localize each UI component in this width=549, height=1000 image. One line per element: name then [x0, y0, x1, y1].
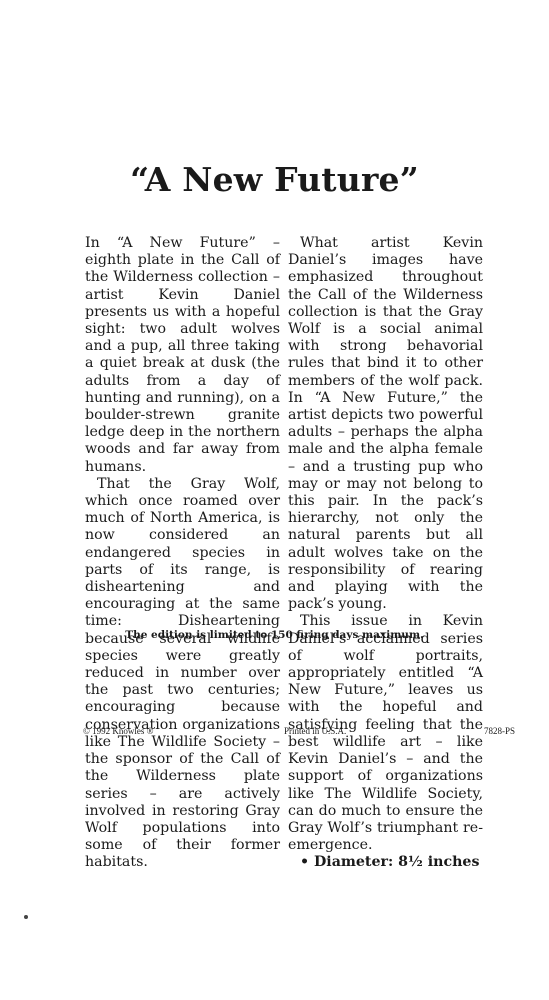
left-column: In “A New Future” – eighth plate in the …	[85, 235, 280, 872]
printed-text: Printed in U.S.A.	[284, 726, 346, 736]
paragraph: That the Gray Wolf, which once roamed ov…	[85, 476, 280, 872]
page-title: “A New Future”	[0, 160, 549, 199]
copyright-text: © 1992 Knowles ®	[83, 726, 153, 736]
paragraph: What artist Kevin Daniel’s images have e…	[288, 235, 483, 613]
edition-notice: The edition is limited to 150 firing day…	[0, 629, 549, 641]
product-code: 7828-PS	[484, 726, 515, 736]
paragraph: In “A New Future” – eighth plate in the …	[85, 235, 280, 476]
right-column: What artist Kevin Daniel’s images have e…	[288, 235, 483, 872]
diameter-spec: • Diameter: 8½ inches	[288, 854, 483, 871]
scan-speck	[24, 915, 28, 919]
